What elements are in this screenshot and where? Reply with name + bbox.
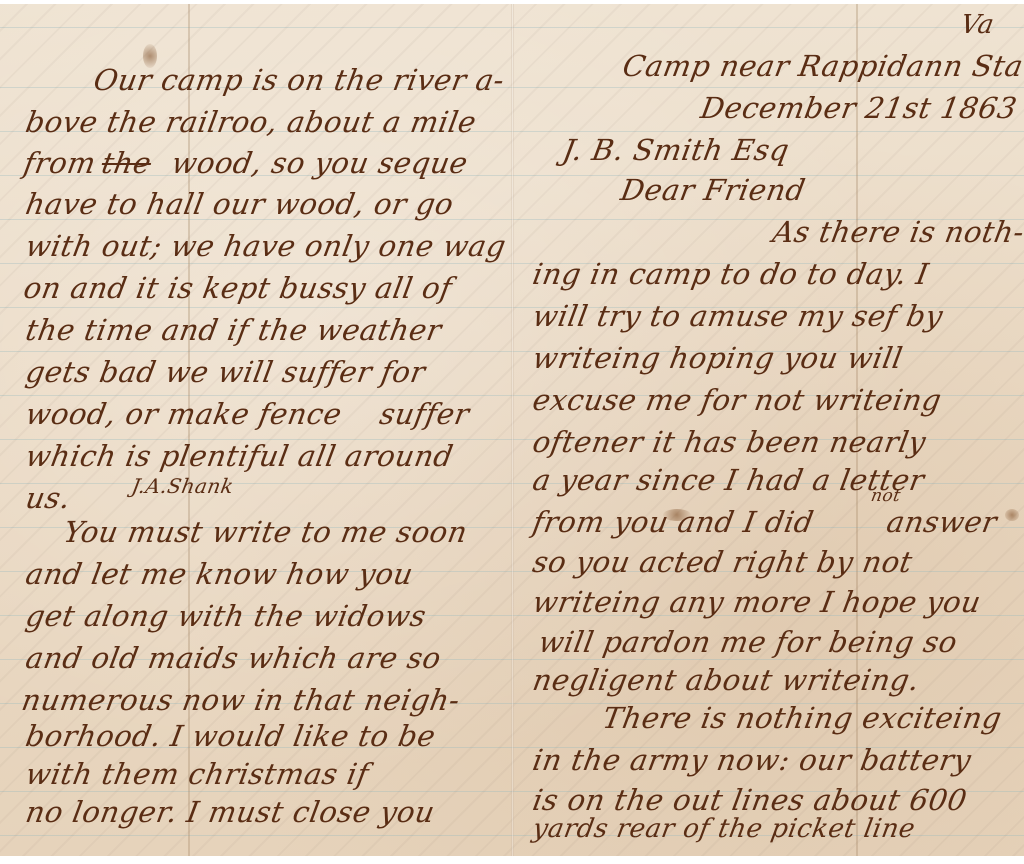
letter-line: negligent about writeing. [530, 666, 921, 695]
letter-line: the time and if the weather [23, 316, 443, 345]
letter-line: oftener it has been nearly [530, 428, 928, 457]
letter-line: is on the out lines about 600 [530, 786, 969, 815]
letter-line: There is nothing exciteing [600, 704, 1003, 733]
letter-line: on and it is kept bussy all of [21, 274, 454, 303]
letter-line: wood, or make fence [23, 400, 344, 429]
letter-line: bove the railroo, about a mile [23, 108, 478, 137]
letter-line: You must write to me soon [61, 518, 469, 547]
letter-line: a year since I had a letter [530, 466, 926, 495]
letter-line: Our camp is on the river a- [91, 66, 506, 95]
letter-line: and let me know how you [23, 560, 415, 589]
letter-line: ing in camp to do to day. I [530, 260, 931, 289]
place-heading: Camp near Rappidann Sta [620, 52, 1024, 81]
letter-line: from [21, 149, 98, 178]
letter-line: no longer. I must close you [23, 798, 437, 827]
corner-note: Va [959, 12, 996, 38]
letter-line: in the army now: our battery [530, 746, 973, 775]
letter-line: from you and I did [530, 508, 815, 537]
letter-line: numerous now in that neigh- [19, 686, 462, 715]
letter-line: will pardon me for being so [536, 628, 959, 657]
letter-line: As there is noth- [770, 218, 1024, 247]
right-page: Va Camp near Rappidann Sta December 21st… [513, 4, 1024, 856]
letter-line: and old maids which are so [23, 644, 443, 673]
insertion-note: not [870, 488, 903, 505]
salutation: Dear Friend [618, 176, 807, 205]
letter-line: yards rear of the picket line [531, 816, 917, 842]
letter-line: us. [23, 484, 72, 513]
letter-line: excuse me for not writeing [530, 386, 943, 415]
letter-line: which is plentiful all around [23, 442, 455, 471]
signature-note: J.A.Shank [130, 476, 235, 496]
letter-line: with them christmas if [23, 760, 370, 789]
letter-line: answer [884, 508, 999, 537]
letter-line: borhood. I would like to be [23, 722, 437, 751]
date-heading: December 21st 1863 [698, 94, 1019, 123]
left-page: Our camp is on the river a- bove the rai… [0, 4, 511, 856]
letter-line: have to hall our wood, or go [23, 190, 455, 219]
letter-line: will try to amuse my sef by [530, 302, 945, 331]
struck-word: the [99, 149, 153, 178]
letter-line: get along with the widows [23, 602, 428, 631]
letter-line: with out; we have only one wag [23, 232, 508, 261]
addressee: J. B. Smith Esq [560, 136, 791, 165]
letter-line: so you acted right by not [530, 548, 914, 577]
struck-word: suffer [377, 400, 471, 429]
letter-line: wood, so you seque [169, 149, 470, 178]
letter-line: writeing hoping you will [530, 344, 904, 373]
letter-line: writeing any more I hope you [530, 588, 983, 617]
letter-line: gets bad we will suffer for [23, 358, 427, 387]
letter-sheet: Our camp is on the river a- bove the rai… [0, 4, 1024, 856]
